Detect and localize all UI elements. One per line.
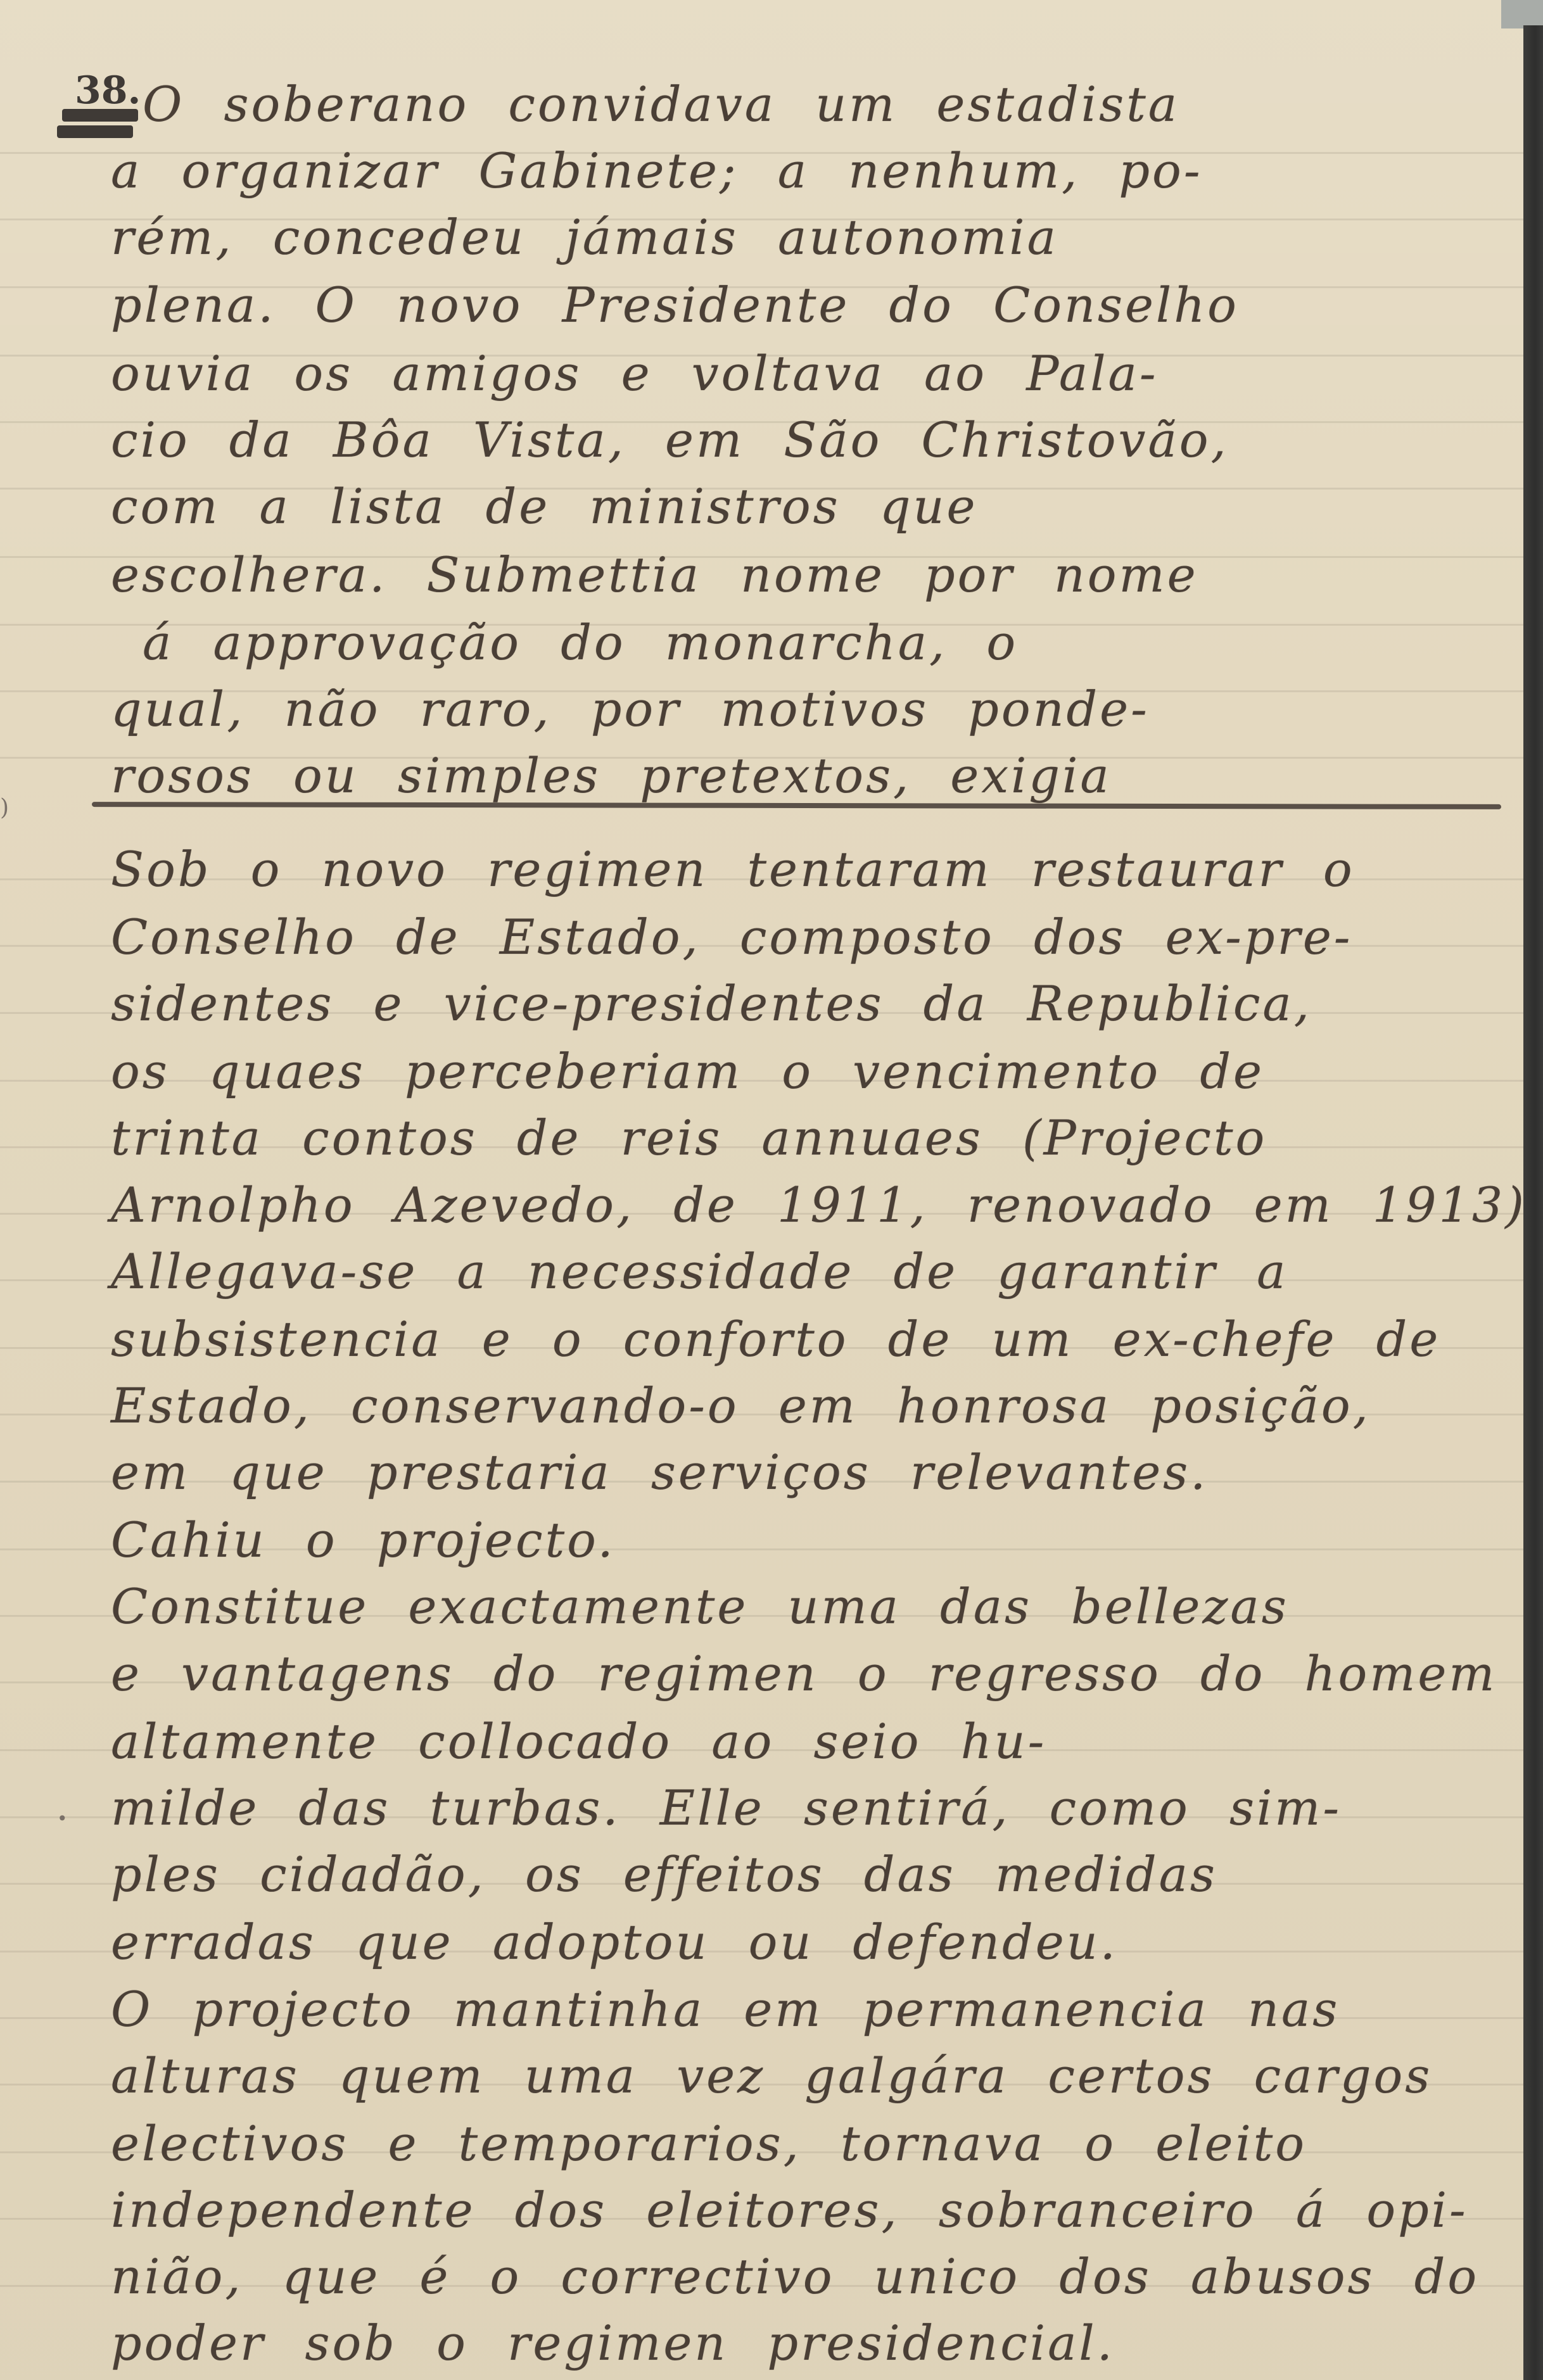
text-line: rosos ou simples pretextos, exigia	[111, 741, 1523, 811]
manuscript-page: 38. O soberano convidava um estadista a …	[0, 0, 1523, 2380]
text-line: erradas que adoptou ou defendeu.	[111, 1908, 1523, 1977]
text-line: com a lista de ministros que	[111, 472, 1523, 541]
section-number: 38.	[75, 68, 141, 113]
text-line: escolhera. Submettia nome por nome	[111, 540, 1523, 610]
text-line: altamente collocado ao seio hu-	[111, 1707, 1523, 1776]
text-line: Sob o novo regimen tentaram restaurar o	[111, 835, 1523, 904]
text-line: a organizar Gabinete; a nenhum, po-	[111, 136, 1523, 206]
margin-mark: )	[0, 795, 9, 821]
text-line: sidentes e vice-presidentes da Republica…	[111, 969, 1523, 1039]
text-line: O soberano convidava um estadista	[143, 70, 1504, 139]
text-line: plena. O novo Presidente do Conselho	[111, 270, 1523, 340]
text-line: trinta contos de reis annuaes (Projecto	[111, 1103, 1523, 1173]
text-line: á approvação do monarcha, o	[143, 608, 1543, 678]
text-line: Allegava-se a necessidade de garantir a	[111, 1237, 1523, 1307]
text-line: Conselho de Estado, composto dos ex-pre-	[111, 902, 1523, 972]
text-line: rém, concedeu jámais autonomia	[111, 203, 1523, 272]
text-line: independente dos eleitores, sobranceiro …	[111, 2175, 1523, 2245]
text-line: ples cidadão, os effeitos das medidas	[111, 1840, 1523, 1909]
text-line: Cahiu o projecto.	[111, 1505, 1523, 1575]
text-line: os quaes perceberiam o vencimento de	[111, 1037, 1523, 1106]
text-line: Constitue exactamente uma das bellezas	[111, 1572, 1523, 1642]
text-line: nião, que é o correctivo unico dos abuso…	[111, 2242, 1523, 2312]
text-line: cio da Bôa Vista, em São Christovão,	[111, 405, 1523, 475]
text-line: em que prestaria serviços relevantes.	[111, 1438, 1523, 1507]
book-binding-edge	[1523, 25, 1543, 2380]
text-line: Estado, conservando-o em honrosa posição…	[111, 1371, 1523, 1441]
text-line: subsistencia e o conforto de um ex-chefe…	[111, 1305, 1523, 1374]
text-line: O projecto mantinha em permanencia nas	[111, 1975, 1523, 2044]
text-line: electivos e temporarios, tornava o eleit…	[111, 2109, 1523, 2179]
text-line: alturas quem uma vez galgára certos carg…	[111, 2041, 1523, 2111]
margin-mark: •	[57, 1808, 68, 1829]
binding-top-corner	[1501, 0, 1543, 28]
section-number-underline	[62, 109, 138, 122]
text-line: milde das turbas. Elle sentirá, como sim…	[111, 1773, 1523, 1843]
text-line: Arnolpho Azevedo, de 1911, renovado em 1…	[111, 1170, 1523, 1240]
text-line: ouvia os amigos e voltava ao Pala-	[111, 339, 1523, 408]
text-line: poder sob o regimen presidencial.	[111, 2308, 1523, 2378]
text-line: qual, não raro, por motivos ponde-	[111, 674, 1523, 744]
text-line: e vantagens do regimen o regresso do hom…	[111, 1639, 1523, 1709]
